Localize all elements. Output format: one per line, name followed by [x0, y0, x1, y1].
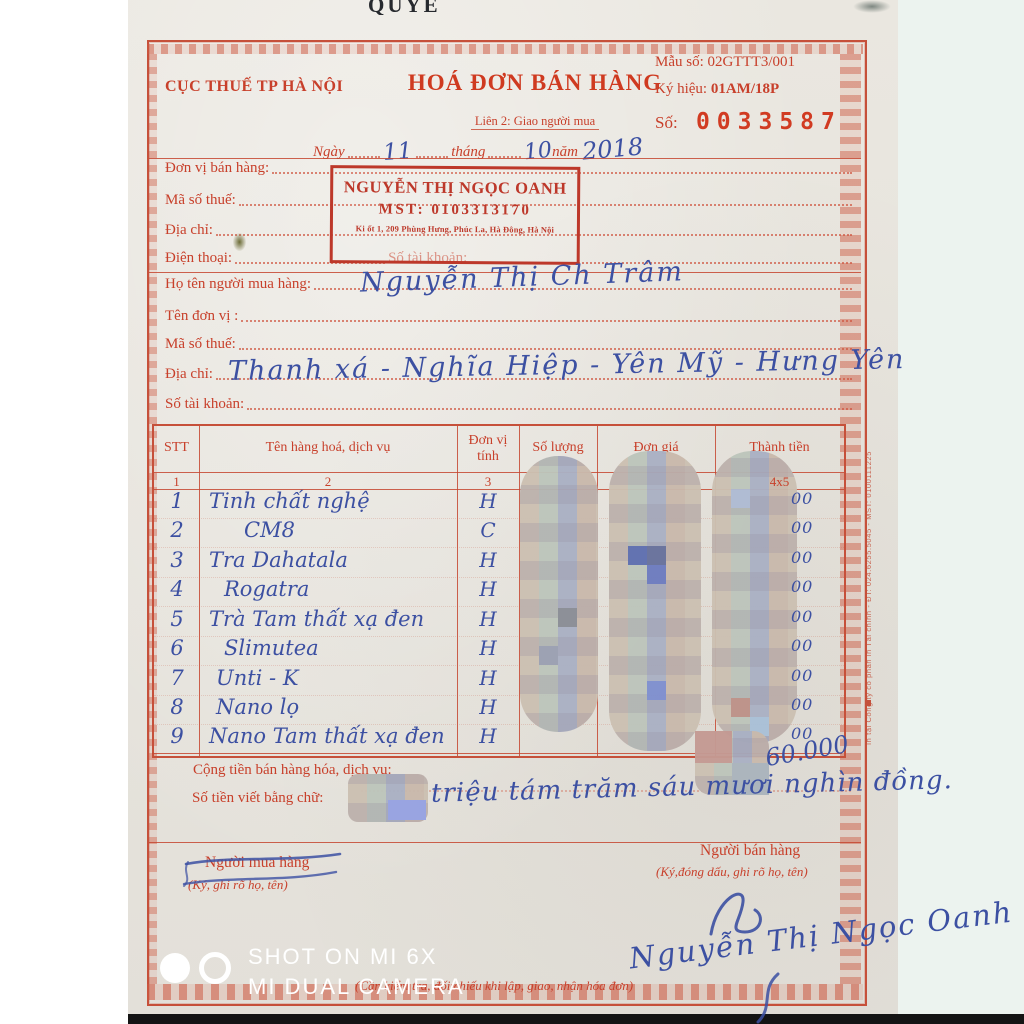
printer-info-vertical-text: In tại Công ty cổ phần in Tài chính - ĐT…: [864, 415, 873, 745]
signature-tail-stroke: [748, 972, 788, 1024]
col-header-qty: Số lượng: [519, 440, 597, 456]
ink-blot: [233, 233, 246, 251]
watermark-outline-circle: [199, 952, 231, 984]
watermark-line2: MI DUAL CAMERA: [248, 974, 465, 1000]
stamp-name: NGUYỄN THỊ NGỌC OANH: [333, 177, 577, 199]
top-partial-text: QUYỂ: [368, 0, 441, 15]
paper-smudge: [853, 0, 891, 13]
print-registration-mark: [865, 700, 871, 706]
index-1: 1: [154, 474, 199, 490]
watermark-filled-circle: [160, 953, 190, 983]
seller-signature-note: (Ký,đóng dấu, ghi rõ họ, tên): [656, 864, 808, 880]
censored-amount-column: [712, 451, 797, 743]
stamp-address: Ki ốt 1, 209 Phùng Hưng, Phúc La, Hà Đôn…: [333, 224, 577, 235]
divider-line: [149, 158, 861, 159]
serial-number: Ký hiệu: 01AM/18P: [655, 81, 779, 98]
form-number: Mẫu số: 02GTTT3/001: [655, 54, 795, 71]
invoice-number-digits: 0033587: [696, 109, 842, 135]
items-table: STT Tên hàng hoá, dịch vụ Đơn vị tính Số…: [152, 424, 846, 758]
photo-bottom-edge: [128, 1014, 1024, 1024]
invoice-number: Số: 0033587: [655, 108, 828, 134]
date-line: Ngày 11 tháng 10 năm 2018: [313, 133, 643, 161]
index-4x5: 4x5: [715, 474, 844, 490]
invoice-paper: QUYỂ CỤC THUẾ TP HÀ NỘI HOÁ ĐƠN BÁN HÀNG…: [128, 0, 898, 1024]
censored-quantity-column: [520, 456, 598, 732]
col-header-name: Tên hàng hoá, dịch vụ: [199, 440, 457, 456]
amount-in-words-label: Số tiền viết bằng chữ:: [192, 790, 323, 807]
buyer-pen-scribble: [178, 848, 348, 898]
col-header-stt: STT: [154, 440, 199, 456]
tax-office-name: CỤC THUẾ TP HÀ NỘI: [165, 78, 343, 96]
invoice-copy-note: Liên 2: Giao người mua: [420, 114, 650, 129]
seller-stamp: NGUYỄN THỊ NGỌC OANH MST: 0103313170 Ki …: [330, 165, 581, 265]
censored-words-start: [348, 774, 428, 822]
censored-price-column: [609, 451, 701, 751]
invoice-title: HOÁ ĐƠN BÁN HÀNG: [390, 70, 680, 96]
invoice-photo: QUYỂ CỤC THUẾ TP HÀ NỘI HOÁ ĐƠN BÁN HÀNG…: [0, 0, 1024, 1024]
stamp-mst: MST: 0103313170: [333, 201, 577, 220]
buyer-account-row: Số tài khoản:: [165, 396, 855, 413]
index-2: 2: [199, 474, 457, 490]
watermark-line1: SHOT ON MI 6X: [248, 944, 437, 970]
seller-signature-title: Người bán hàng: [700, 842, 800, 860]
photo-background: [898, 0, 1024, 1024]
index-3: 3: [457, 474, 519, 490]
buyer-unit-row: Tên đơn vị :: [165, 308, 855, 325]
col-header-unit: Đơn vị tính: [457, 433, 519, 465]
